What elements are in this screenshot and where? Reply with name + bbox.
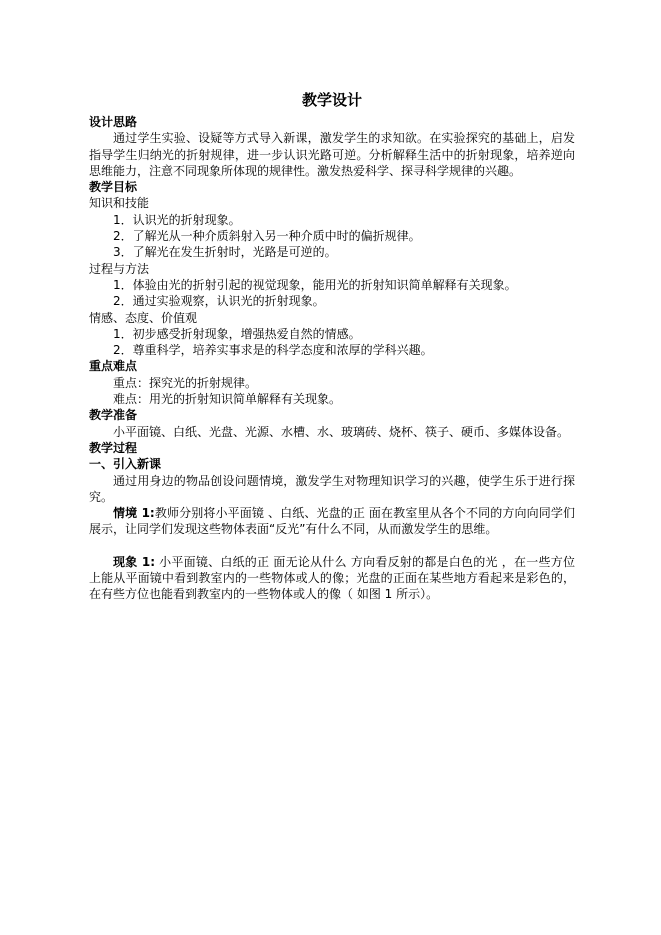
page-title: 教学设计 xyxy=(89,88,575,112)
phenomenon-paragraph: 现象 1: 小平面镜、白纸的正 面无论从什么 方向看反射的都是白色的光 ，在一些… xyxy=(89,554,575,603)
phenomenon-label: 现象 1: xyxy=(113,555,155,569)
keypoint-item: 难点：用光的折射知识简单解释有关现象。 xyxy=(89,391,575,407)
scene-text: 教师分别将小平面镜 、白纸、光盘的正 面在教室里从各个不同的方向向同学们展示，让… xyxy=(89,506,575,536)
goals-emotion-label: 情感、态度、价值观 xyxy=(89,310,575,326)
design-paragraph: 通过学生实验、设疑等方式导入新课，激发学生的求知欲。在实验探究的基础上，启发指导… xyxy=(89,130,575,179)
heading-keypoints: 重点难点 xyxy=(89,358,575,374)
goal-item: 2．通过实验观察，认识光的折射现象。 xyxy=(89,293,575,309)
prep-paragraph: 小平面镜、白纸、光盘、光源、水槽、水、玻璃砖、烧杯、筷子、硬币、多媒体设备。 xyxy=(89,424,575,440)
goal-item: 1．初步感受折射现象，增强热爱自然的情感。 xyxy=(89,326,575,342)
heading-design: 设计思路 xyxy=(89,114,575,130)
heading-process: 教学过程 xyxy=(89,440,575,456)
spacer xyxy=(89,538,575,554)
goals-knowledge-label: 知识和技能 xyxy=(89,195,575,211)
goal-item: 2．尊重科学，培养实事求是的科学态度和浓厚的学科兴趣。 xyxy=(89,342,575,358)
goal-item: 1．体验由光的折射引起的视觉现象，能用光的折射知识简单解释有关现象。 xyxy=(89,277,575,293)
subheading-intro: 一、引入新课 xyxy=(89,456,575,472)
intro-paragraph: 通过用身边的物品创设问题情境，激发学生对物理知识学习的兴趣，使学生乐于进行探究。 xyxy=(89,473,575,506)
phenomenon-text: 小平面镜、白纸的正 面无论从什么 方向看反射的都是白色的光 ，在一些方位上能从平… xyxy=(89,555,575,602)
heading-goals: 教学目标 xyxy=(89,179,575,195)
keypoint-item: 重点：探究光的折射规律。 xyxy=(89,375,575,391)
scene-paragraph: 情境 1:教师分别将小平面镜 、白纸、光盘的正 面在教室里从各个不同的方向向同学… xyxy=(89,505,575,538)
goal-item: 2．了解光从一种介质斜射入另一种介质中时的偏折规律。 xyxy=(89,228,575,244)
scene-label: 情境 1: xyxy=(113,506,155,520)
goal-item: 1．认识光的折射现象。 xyxy=(89,212,575,228)
document-page: 教学设计 设计思路 通过学生实验、设疑等方式导入新课，激发学生的求知欲。在实验探… xyxy=(89,88,575,603)
goal-item: 3．了解光在发生折射时，光路是可逆的。 xyxy=(89,244,575,260)
heading-prep: 教学准备 xyxy=(89,407,575,423)
goals-process-label: 过程与方法 xyxy=(89,261,575,277)
